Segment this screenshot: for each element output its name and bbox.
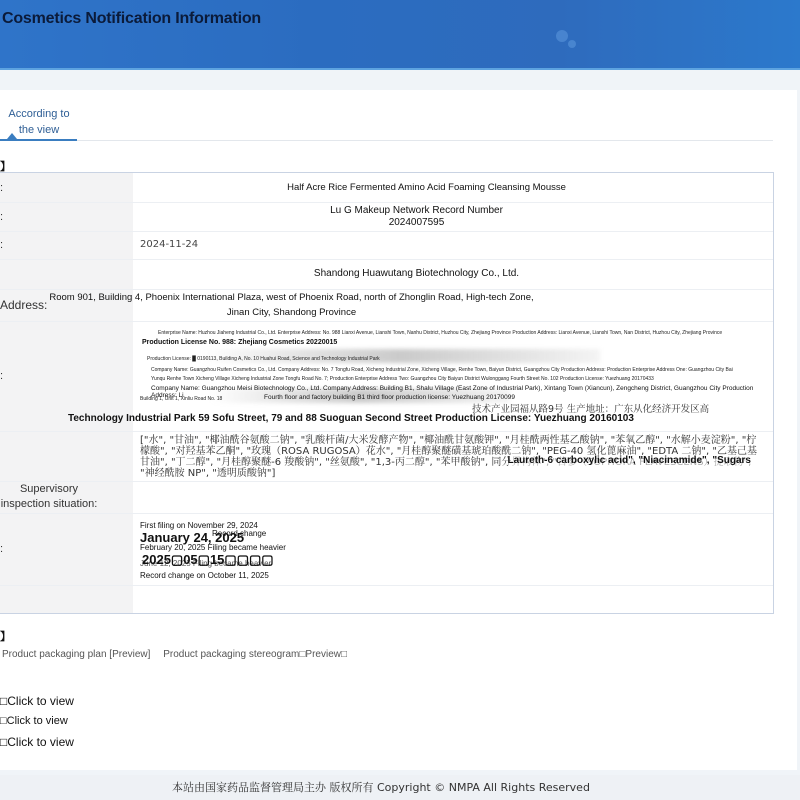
row-label (0, 431, 133, 481)
manufacturer-line9: Technology Industrial Park 59 Sofu Stree… (68, 413, 634, 424)
click-to-view-link-1[interactable]: □Click to view (0, 694, 74, 708)
section-heading-files: 】 (0, 628, 11, 644)
table-row-date: : 2024-11-24 (0, 231, 773, 260)
history-item: 2025▢05▢15▢▢▢▢ (142, 553, 274, 567)
site-title: Cosmetics Notification Information (2, 10, 261, 28)
supervision-label: Supervisory inspection situation: (0, 481, 98, 513)
packaging-stereogram-preview-link[interactable]: Product packaging stereogram□Preview□ (163, 649, 347, 660)
address-value: Room 901, Building 4, Phoenix Internatio… (40, 289, 543, 321)
table-row-address: Address: Room 901, Building 4, Phoenix I… (0, 289, 773, 322)
manufacturer-line3: Production License: █ 0190113, Building … (147, 355, 380, 363)
decor-bubble (556, 30, 568, 42)
tab-active-underline (0, 139, 77, 141)
manufacturer-line7b: Fourth floor and factory building B1 thi… (264, 394, 515, 401)
history-item: Record change (212, 529, 266, 539)
file-links: Product packaging plan [Preview] Product… (2, 649, 357, 660)
history-item: Record change on October 11, 2025 (140, 571, 286, 581)
table-row-manufacturers: : Enterprise Name: Huzhou Jiaheng Indust… (0, 321, 773, 432)
site-header: Cosmetics Notification Information (0, 0, 800, 70)
record-number-line1: Lu G Makeup Network Record Number (330, 205, 503, 217)
site-footer: 本站由国家药品监督管理局主办 版权所有 Copyright © NMPA All… (0, 775, 800, 800)
manufacturer-line1: Enterprise Name: Huzhou Jiaheng Industri… (158, 329, 722, 337)
click-to-view-link-2[interactable]: □Click to view (0, 715, 68, 727)
supervision-value (133, 481, 773, 513)
table-row-empty (0, 585, 773, 613)
decor-bubble (568, 40, 576, 48)
table-row-supervision: Supervisory inspection situation: (0, 481, 773, 514)
row-label (0, 585, 133, 613)
record-number-line2: 2024007595 (389, 217, 445, 229)
history-item-group: June 12, 2025 Filing became heavier 2025… (140, 553, 286, 571)
row-label: : (0, 513, 133, 585)
table-row-company: Shandong Huawutang Biotechnology Co., Lt… (0, 259, 773, 290)
row-label: : (0, 231, 133, 259)
product-name-value: Half Acre Rice Fermented Amino Acid Foam… (80, 173, 773, 202)
manufacturer-line4: Company Name: Guangzhou Ruifen Cosmetics… (151, 366, 733, 374)
table-row-ingredients: ["水", "甘油", "椰油酰谷氨酸二钠", "乳酸杆菌/大米发酵产物", "… (0, 431, 773, 482)
click-to-view-link-3[interactable]: □Click to view (0, 735, 74, 749)
history-item-group: January 24, 2025 Record change (140, 531, 286, 543)
packaging-plan-preview-link[interactable]: Product packaging plan [Preview] (2, 649, 150, 660)
table-row-record-number: : Lu G Makeup Network Record Number 2024… (0, 202, 773, 232)
manufacturer-line5: Yunqu Renhe Town Xicheng Village Xicheng… (151, 375, 654, 383)
company-value: Shandong Huawutang Biotechnology Co., Lt… (60, 259, 773, 289)
empty-value (133, 585, 773, 613)
table-row-history: : First filing on November 29, 2024 Janu… (0, 513, 773, 586)
tab-bar-divider (77, 140, 773, 141)
manufacturer-line2: Production License No. 988: Zhejiang Cos… (142, 339, 337, 346)
table-row-product-name: : Half Acre Rice Fermented Amino Acid Fo… (0, 173, 773, 203)
main-panel: According to the view 】 : Half Acre Rice… (0, 90, 797, 770)
info-table: : Half Acre Rice Fermented Amino Acid Fo… (0, 172, 774, 614)
date-value: 2024-11-24 (133, 231, 773, 259)
history-list: First filing on November 29, 2024 Januar… (140, 521, 286, 581)
manufacturer-line7a: Building 1, Unit 1, Xinliu Road No. 18 (140, 395, 222, 403)
record-number-value: Lu G Makeup Network Record Number 202400… (60, 202, 773, 231)
footer-copyright: 本站由国家药品监督管理局主办 版权所有 Copyright © NMPA All… (172, 779, 590, 795)
ingredients-overlay-en: Laureth-6 carboxylic acid", "Niacinamide… (508, 455, 752, 466)
